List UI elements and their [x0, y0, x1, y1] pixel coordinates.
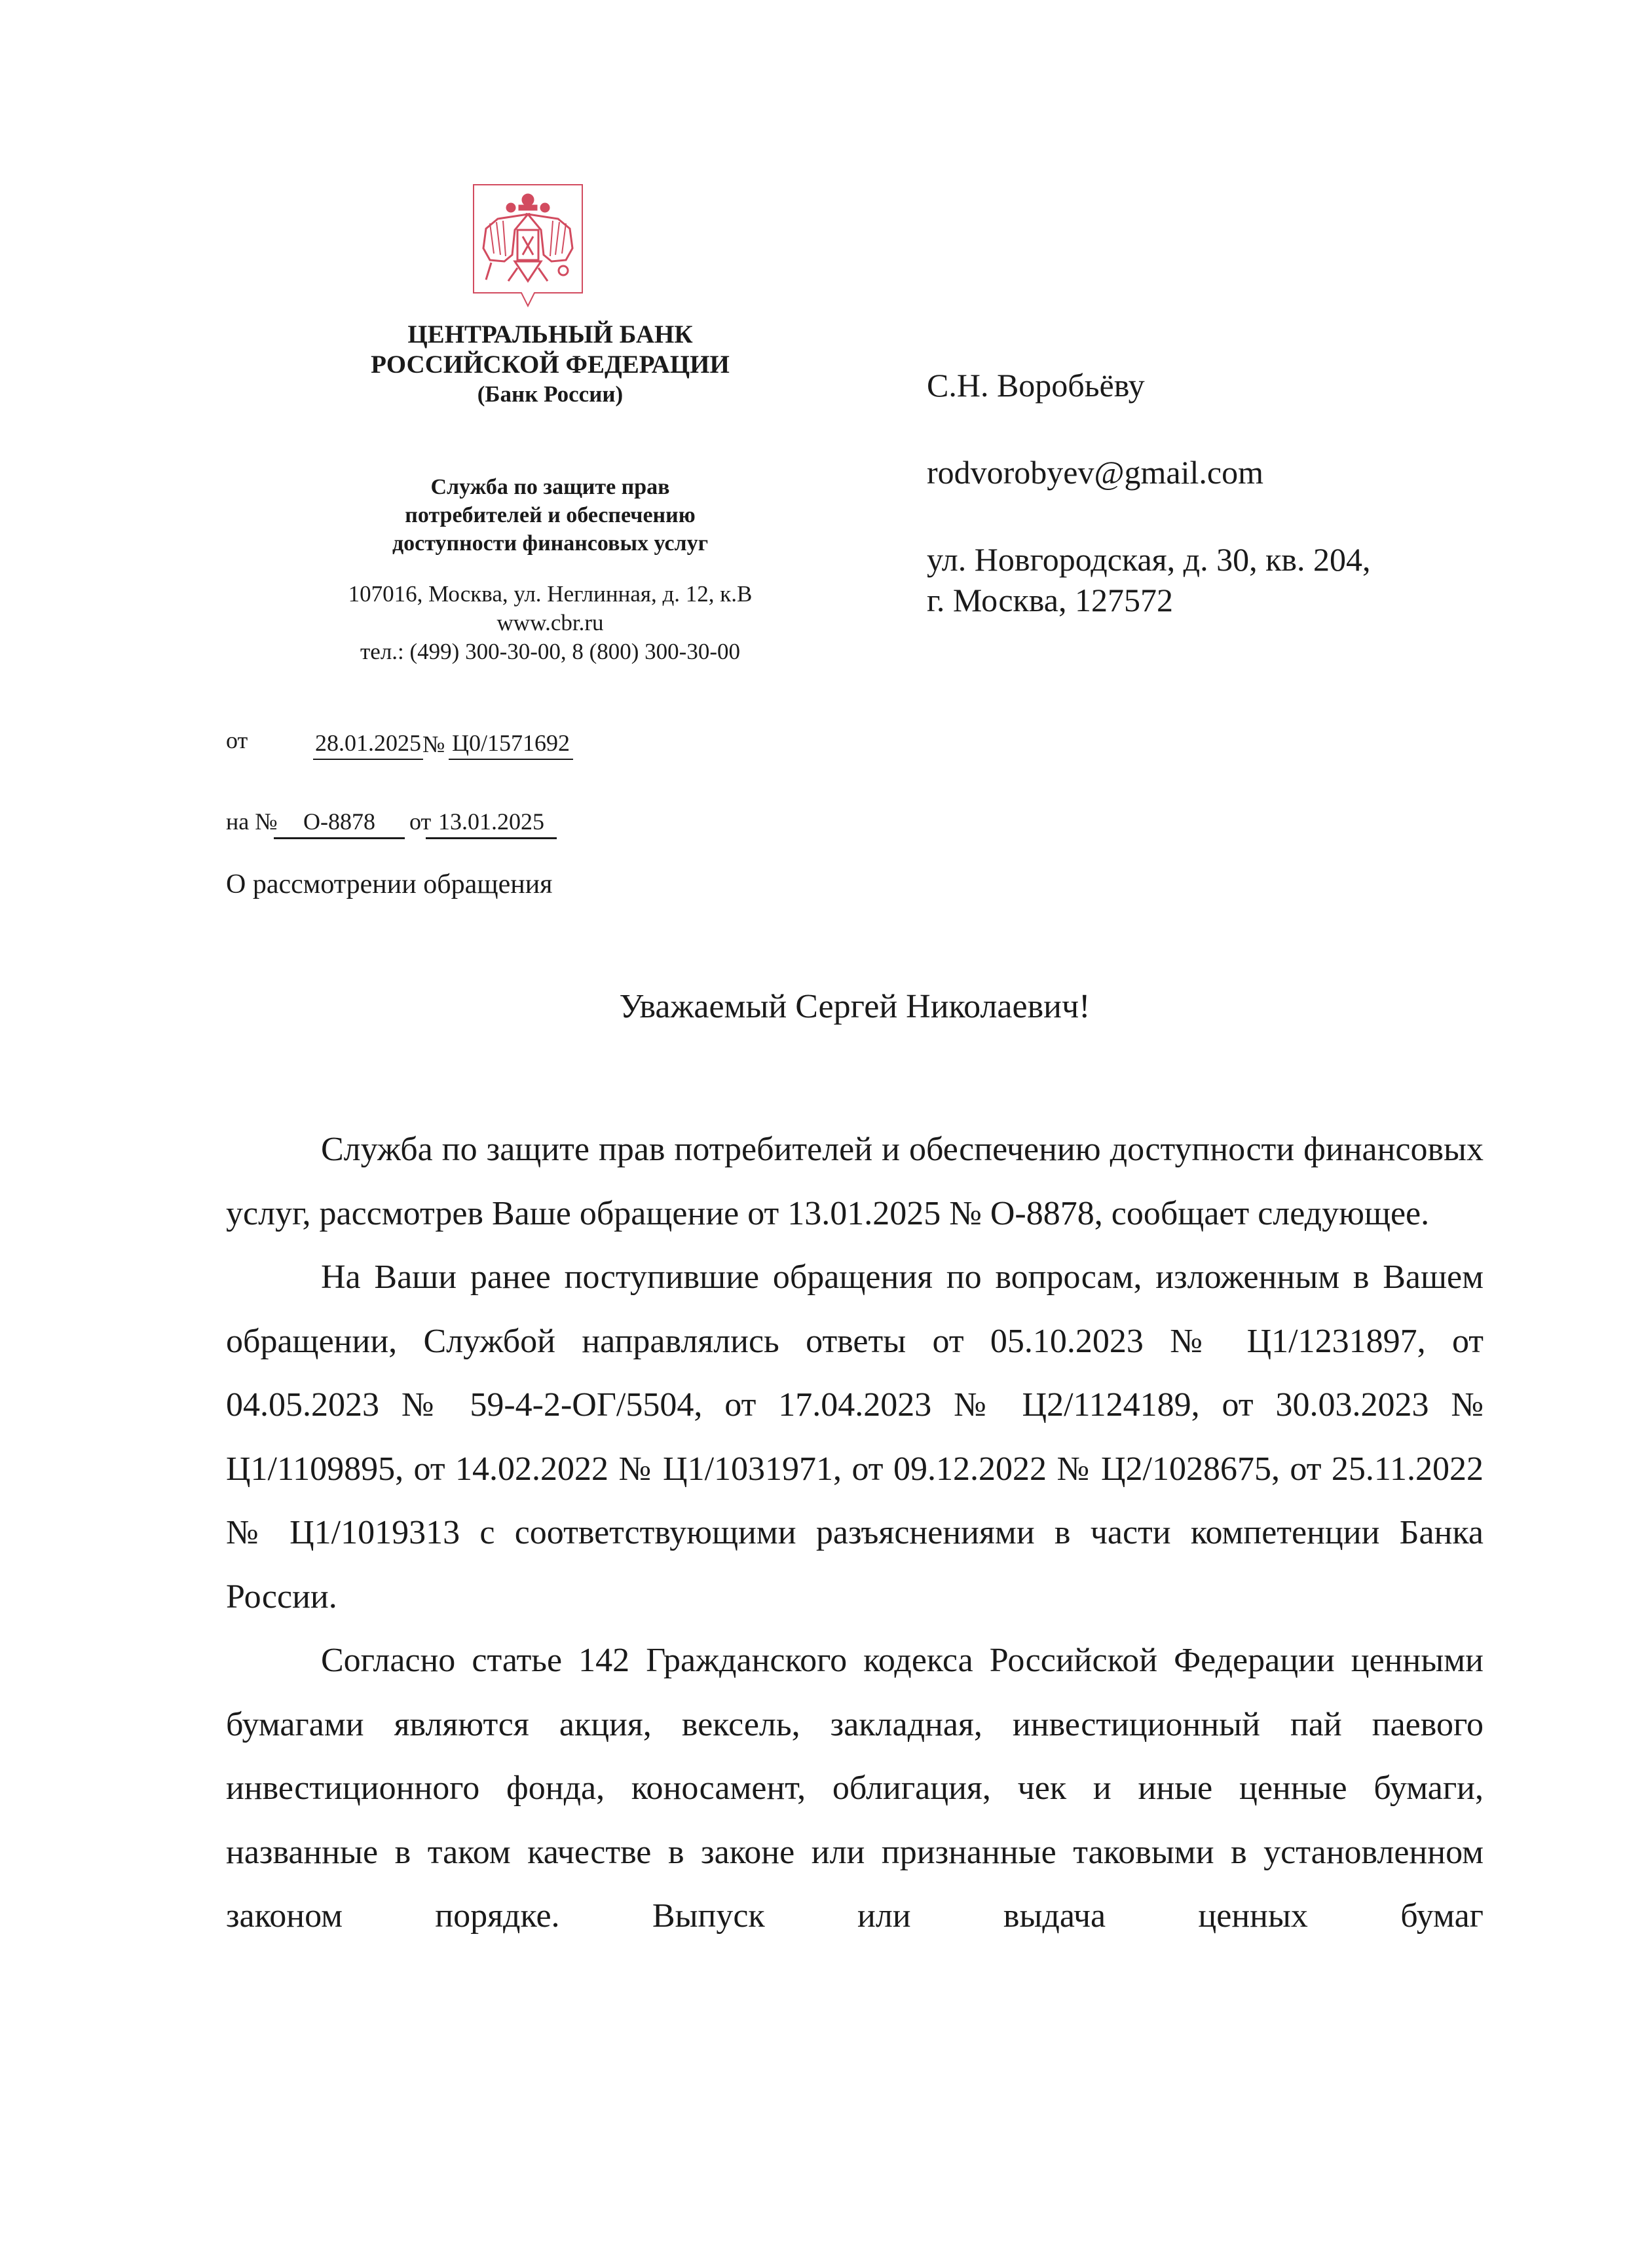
recipient-address-line-2: г. Москва, 127572 [927, 580, 1371, 620]
letter-body: Служба по защите прав потребителей и обе… [226, 1118, 1484, 1948]
reply-to-date: 13.01.2025 [426, 808, 557, 839]
org-short-name: (Банк России) [236, 380, 865, 409]
recipient-email: rodvorobyev@gmail.com [927, 452, 1263, 493]
department-line-3: доступности финансовых услуг [236, 529, 865, 558]
department-line-2: потребителей и обеспечению [236, 501, 865, 529]
incoming-reference: на № О-8878 от 13.01.2025 [226, 804, 881, 844]
org-name-line-2: РОССИЙСКОЙ ФЕДЕРАЦИИ [236, 350, 865, 380]
org-phones: тел.: (499) 300-30-00, 8 (800) 300-30-00 [236, 637, 865, 666]
org-contacts: 107016, Москва, ул. Неглинная, д. 12, к.… [236, 580, 865, 666]
from-label: от [226, 727, 248, 753]
outgoing-date: 28.01.2025 [313, 730, 423, 760]
org-address: 107016, Москва, ул. Неглинная, д. 12, к.… [236, 580, 865, 609]
reply-to-label: на № [226, 808, 278, 835]
paragraph-2: На Ваши ранее поступившие обращения по в… [226, 1245, 1484, 1629]
org-website: www.cbr.ru [236, 609, 865, 637]
outgoing-number: Ц0/1571692 [449, 730, 573, 760]
org-name: ЦЕНТРАЛЬНЫЙ БАНК РОССИЙСКОЙ ФЕДЕРАЦИИ [236, 320, 865, 380]
coat-of-arms-emblem-icon [472, 183, 584, 309]
outgoing-reference: от 28.01.2025 № Ц0/1571692 [226, 727, 881, 766]
recipient-address: ул. Новгородская, д. 30, кв. 204, г. Мос… [927, 539, 1371, 620]
recipient-address-line-1: ул. Новгородская, д. 30, кв. 204, [927, 539, 1371, 580]
number-label: № [422, 731, 445, 757]
reply-to-number: О-8878 [274, 808, 405, 839]
org-name-line-1: ЦЕНТРАЛЬНЫЙ БАНК [236, 320, 865, 350]
paragraph-3: Согласно статье 142 Гражданского кодекса… [226, 1629, 1484, 1948]
recipient-name: С.Н. Воробьёву [927, 365, 1145, 406]
greeting: Уважаемый Сергей Николаевич! [226, 987, 1484, 1027]
department-name: Служба по защите прав потребителей и обе… [236, 473, 865, 558]
department-line-1: Служба по защите прав [236, 473, 865, 501]
letter-subject: О рассмотрении обращения [226, 868, 552, 901]
paragraph-1: Служба по защите прав потребителей и обе… [226, 1118, 1484, 1245]
